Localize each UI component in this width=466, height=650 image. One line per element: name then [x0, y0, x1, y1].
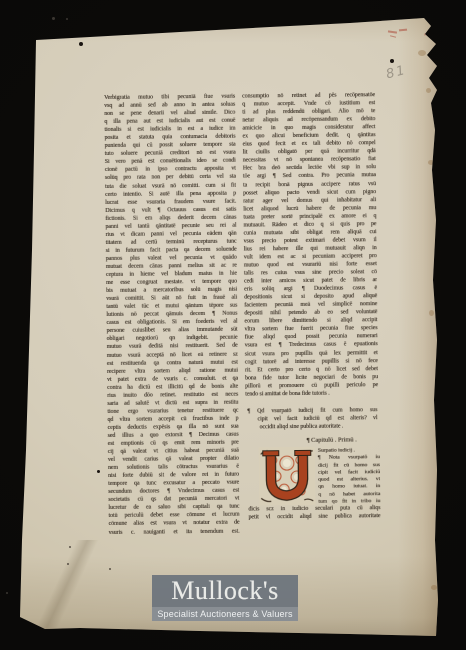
decorated-initial-V [259, 447, 316, 506]
background-speck [66, 18, 68, 20]
right-text-column: consumptio nō retinet ad pēs recōpensatō… [242, 91, 378, 398]
watermark-title: Mullock's [152, 575, 298, 607]
background-speck [6, 592, 8, 594]
text-line: qn homo iutuat. in [318, 483, 380, 491]
text-line: petit vl occidit aliqd sine publica auto… [248, 512, 380, 521]
text-line: vsuris c. nauiganti et ita tenendum est. [109, 527, 240, 536]
usurpatio-summary-paragraph: ¶ Qd vsurpatō iudicij fit cum homo susci… [247, 406, 377, 432]
background-speck [52, 17, 55, 20]
woodcut-initial-icon [259, 447, 316, 506]
printed-text-block: Verbigratia mutuo tibi pecuniā fiue vsur… [0, 0, 466, 650]
text-line: tendo si amittat de bona fide tutoris . [245, 389, 378, 398]
auction-photo-background: 81 Verbigratia mutuo tibi pecuniā fiue v… [0, 0, 466, 650]
text-line: ¶ Nota vsurpatō iu [318, 454, 380, 462]
manuscript-leaf: 81 Verbigratia mutuo tibi pecuniā fiue v… [0, 0, 466, 650]
watermark-subtitle: Specialist Auctioneers & Valuers [152, 607, 298, 621]
left-text-column: Verbigratia mutuo tibi pecuniā fiue vsur… [104, 93, 240, 537]
chapter-heading: ¶ Capitulū . Primū . [282, 436, 382, 445]
initial-side-text: Surpatio iudicij .¶ Nota vsurpatō iudici… [318, 447, 381, 506]
text-line: occidit aliqd sine publica autoritate . [259, 422, 377, 431]
auction-watermark: Mullock's Specialist Auctioneers & Value… [152, 575, 298, 621]
initial-below-text: dicis scz in iudicio seculari puta cū al… [248, 504, 380, 521]
